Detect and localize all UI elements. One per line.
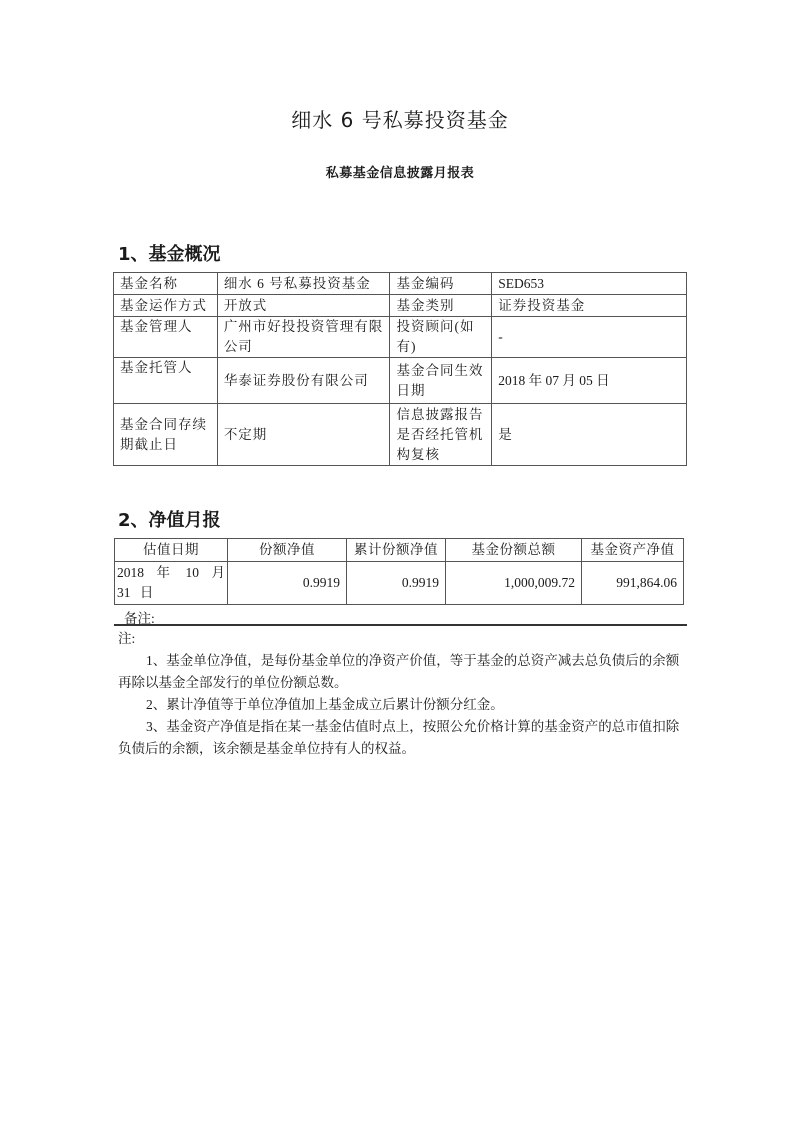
- cell-total-shares: 1,000,009.72: [446, 562, 582, 605]
- table-header-row: 估值日期 份额净值 累计份额净值 基金份额总额 基金资产净值: [115, 539, 684, 562]
- table-row: 2018 年 10 月 31 日 0.9919 0.9919 1,000,009…: [115, 562, 684, 605]
- column-header-net-assets: 基金资产净值: [582, 539, 684, 562]
- value-fund-category: 证券投资基金: [492, 295, 687, 317]
- notes-block: 注: 1、基金单位净值，是每份基金单位的净资产价值，等于基金的总资产减去总负债后…: [118, 628, 688, 760]
- value-contract-end-date: 不定期: [217, 404, 390, 466]
- document-subtitle: 私募基金信息披露月报表: [0, 162, 800, 181]
- divider: [114, 624, 687, 626]
- label-fund-code: 基金编码: [390, 273, 492, 295]
- label-fund-manager: 基金管理人: [114, 317, 218, 358]
- value-custodian-review: 是: [492, 404, 687, 466]
- value-fund-code: SED653: [492, 273, 687, 295]
- label-custodian: 基金托管人: [114, 358, 218, 404]
- note-item: 3、基金资产净值是指在某一基金估值时点上，按照公允价格计算的基金资产的总市值扣除…: [118, 716, 688, 760]
- cell-net-assets: 991,864.06: [582, 562, 684, 605]
- cell-valuation-date: 2018 年 10 月 31 日: [115, 562, 228, 605]
- column-header-total-shares: 基金份额总额: [446, 539, 582, 562]
- table-row: 基金运作方式 开放式 基金类别 证券投资基金: [114, 295, 687, 317]
- label-contract-end-date: 基金合同存续期截止日: [114, 404, 218, 466]
- label-investment-advisor: 投资顾问(如有): [390, 317, 492, 358]
- document-title: 细水 6 号私募投资基金: [0, 104, 800, 133]
- section-heading-nav-report: 2、净值月报: [118, 506, 221, 532]
- table-row: 基金合同存续期截止日 不定期 信息披露报告是否经托管机构复核 是: [114, 404, 687, 466]
- column-header-unit-nav: 份额净值: [228, 539, 347, 562]
- label-operation-mode: 基金运作方式: [114, 295, 218, 317]
- notes-heading: 注:: [118, 628, 688, 650]
- cell-unit-nav: 0.9919: [228, 562, 347, 605]
- note-item: 2、累计净值等于单位净值加上基金成立后累计份额分红金。: [118, 694, 688, 716]
- section-heading-overview: 1、基金概况: [118, 240, 221, 266]
- value-investment-advisor: -: [492, 317, 687, 358]
- cell-cumulative-nav: 0.9919: [347, 562, 446, 605]
- label-custodian-review: 信息披露报告是否经托管机构复核: [390, 404, 492, 466]
- table-row: 基金管理人 广州市好投投资管理有限公司 投资顾问(如有) -: [114, 317, 687, 358]
- value-contract-effective-date: 2018 年 07 月 05 日: [492, 358, 687, 404]
- column-header-valuation-date: 估值日期: [115, 539, 228, 562]
- value-fund-manager: 广州市好投投资管理有限公司: [217, 317, 390, 358]
- label-fund-category: 基金类别: [390, 295, 492, 317]
- label-fund-name: 基金名称: [114, 273, 218, 295]
- value-operation-mode: 开放式: [217, 295, 390, 317]
- value-custodian: 华泰证券股份有限公司: [217, 358, 390, 404]
- label-contract-effective-date: 基金合同生效日期: [390, 358, 492, 404]
- column-header-cumulative-nav: 累计份额净值: [347, 539, 446, 562]
- nav-report-table: 估值日期 份额净值 累计份额净值 基金份额总额 基金资产净值 2018 年 10…: [114, 538, 684, 605]
- note-item: 1、基金单位净值，是每份基金单位的净资产价值，等于基金的总资产减去总负债后的余额…: [118, 650, 688, 694]
- table-row: 基金托管人 华泰证券股份有限公司 基金合同生效日期 2018 年 07 月 05…: [114, 358, 687, 404]
- table-row: 基金名称 细水 6 号私募投资基金 基金编码 SED653: [114, 273, 687, 295]
- fund-overview-table: 基金名称 细水 6 号私募投资基金 基金编码 SED653 基金运作方式 开放式…: [113, 272, 687, 466]
- value-fund-name: 细水 6 号私募投资基金: [217, 273, 390, 295]
